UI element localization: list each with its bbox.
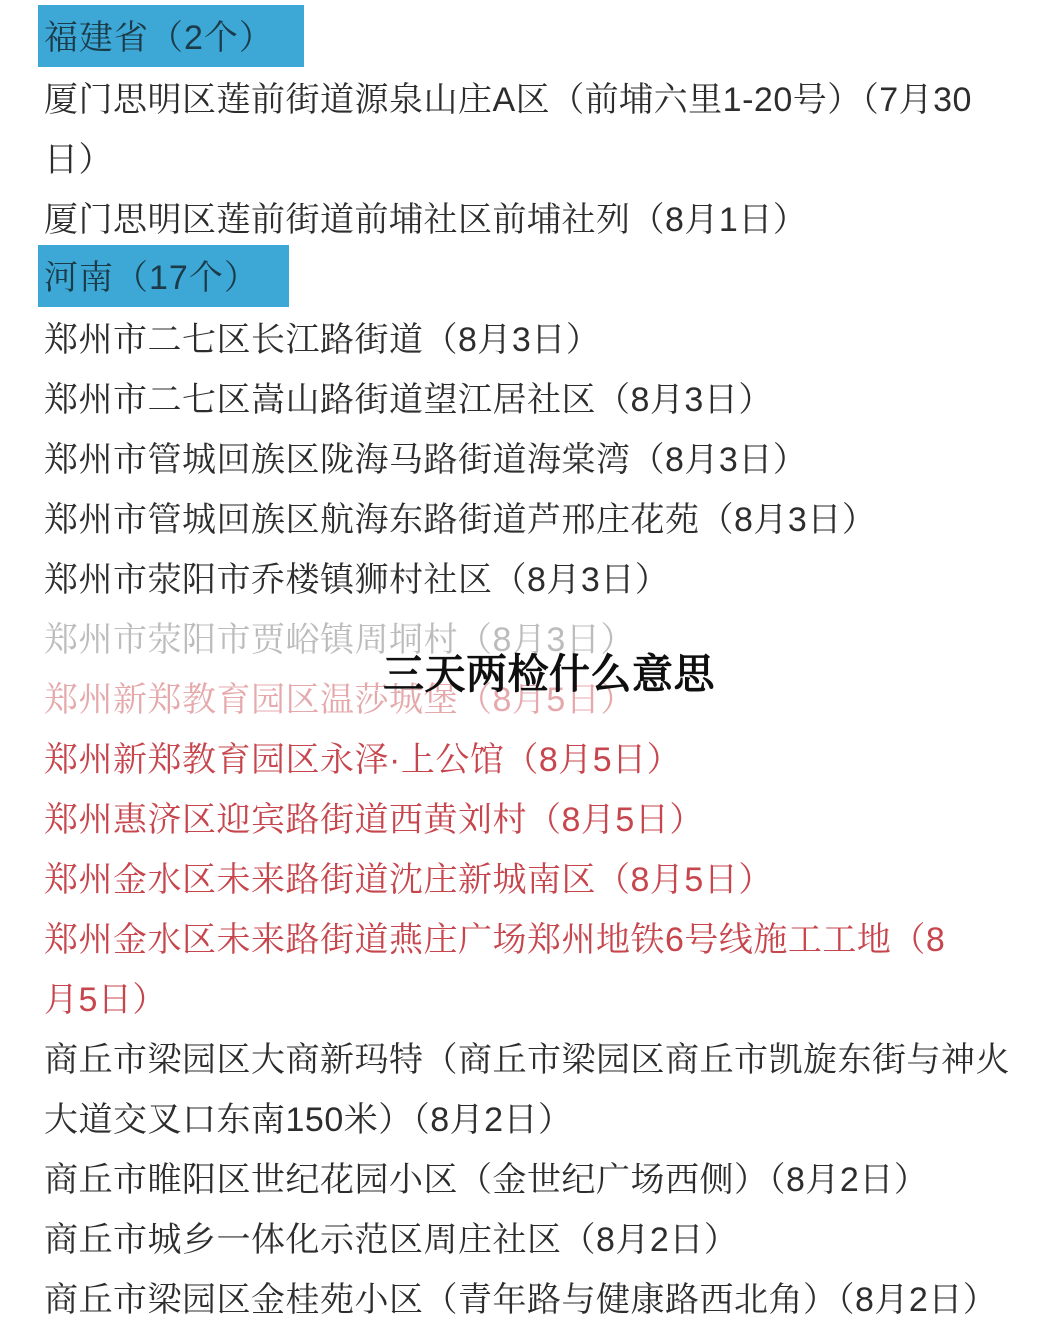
list-item-line: 郑州金水区未来路街道沈庄新城南区（8月5日） [44,846,1044,906]
list-item-line: 郑州市管城回族区陇海马路街道海棠湾（8月3日） [44,426,1044,486]
list-item-line: 厦门思明区莲前街道前埔社区前埔社列（8月1日） [44,186,1044,246]
list-item-line: 月5日） [44,966,1044,1026]
list-item-line: 商丘市梁园区大商新玛特（商丘市梁园区商丘市凯旋东街与神火 [44,1026,1044,1086]
list-item-line: 郑州新郑教育园区永泽·上公馆（8月5日） [44,726,1044,786]
list-item-line: 郑州市管城回族区航海东路街道芦邢庄花苑（8月3日） [44,486,1044,546]
list-item-line: 日） [44,126,1044,186]
list-item-line: 郑州市二七区嵩山路街道望江居社区（8月3日） [44,366,1044,426]
watermark-text: 三天两检什么意思 [383,641,715,700]
section-header-label: 福建省（2个） [38,5,304,67]
section-header: 福建省（2个） [38,6,1044,66]
list-item-line: 大道交叉口东南150米）（8月2日） [44,1086,1044,1146]
list-item-line: 商丘市城乡一体化示范区周庄社区（8月2日） [44,1206,1044,1266]
list-item-line: 商丘市睢阳区世纪花园小区（金世纪广场西侧）（8月2日） [44,1146,1044,1206]
list-item-line: 郑州金水区未来路街道燕庄广场郑州地铁6号线施工工地（8 [44,906,1044,966]
list-item-line: 郑州惠济区迎宾路街道西黄刘村（8月5日） [44,786,1044,846]
list-item-line: 厦门思明区莲前街道源泉山庄A区（前埔六里1-20号）（7月30 [44,66,1044,126]
list-item-line: 郑州市荥阳市乔楼镇狮村社区（8月3日） [44,546,1044,606]
section-header-label: 河南（17个） [38,245,289,307]
list-item-line: 郑州市二七区长江路街道（8月3日） [44,306,1044,366]
list-item-line: 商丘市梁园区金桂苑小区（青年路与健康路西北角）（8月2日） [44,1266,1044,1326]
section-header: 河南（17个） [38,246,1044,306]
